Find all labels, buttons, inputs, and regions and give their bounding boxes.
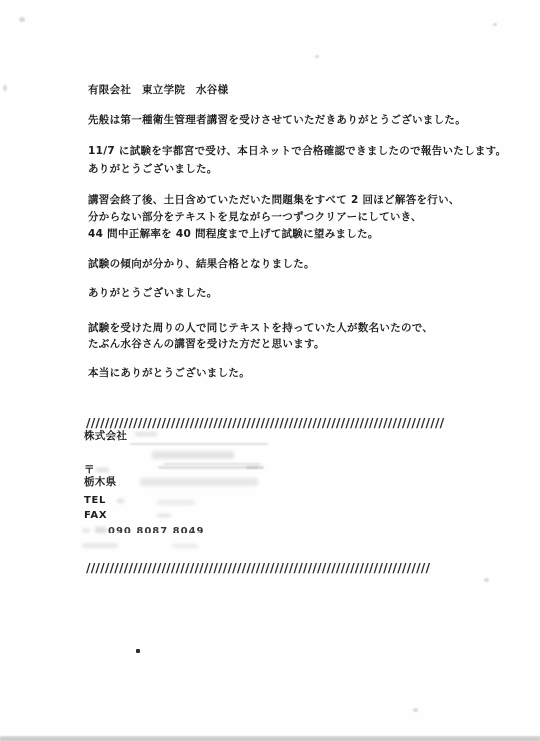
body-line-others-2: たぶん水谷さんの講習を受けた方だと思います。 (88, 338, 325, 351)
redacted-fax-number (157, 514, 171, 517)
postal-mark: 〒 (84, 464, 95, 476)
scan-speck (493, 23, 497, 26)
scan-speck (3, 85, 7, 91)
tel-label: TEL (84, 495, 106, 507)
body-line-study-2: 分からない部分をテキストを見ながら一つずつクリアーにしていき、 (88, 211, 422, 224)
body-line-others-1: 試験を受けた周りの人で同じテキストを持っていた人が数名いたので、 (88, 322, 433, 335)
redacted-dash (246, 466, 264, 469)
fax-label: FAX (84, 510, 107, 522)
body-line-thanks-final: 本当にありがとうございました。 (88, 367, 250, 380)
body-line-exam-report: 11/7 に試験を宇都宮で受け、本日ネットで合格確認できましたので報告いたします… (88, 145, 506, 158)
redacted-underline (163, 463, 261, 465)
redacted-tel-number (157, 500, 195, 505)
redacted-mobile-label (95, 527, 107, 533)
company-label: 株式会社 (84, 430, 127, 442)
redacted-address-line (152, 451, 234, 459)
prefecture-label: 栃木県 (84, 476, 116, 488)
body-line-thanks-2: ありがとうございました。 (88, 287, 218, 300)
scan-speck (413, 708, 418, 712)
scan-edge-shadow (0, 736, 540, 741)
slash-divider-top: ////////////////////////////////////////… (86, 416, 444, 429)
slash-divider-bottom: ////////////////////////////////////////… (86, 561, 430, 574)
scanned-letter-page: 有限会社 東立学院 水谷様 先般は第一種衛生管理者講習を受けさせていただきありが… (0, 0, 540, 741)
redacted-underline (158, 466, 258, 469)
redacted-company-name (135, 432, 157, 436)
redacted-tel-number (117, 499, 124, 503)
redacted-mobile-label (82, 529, 90, 532)
redacted-smudge (82, 543, 118, 548)
body-line-study-3: 44 問中正解率を 40 問程度まで上げて試験に望みました。 (88, 228, 379, 241)
body-line-result: 試験の傾向が分かり、結果合格となりました。 (88, 258, 315, 271)
clipped-phone-fragment: 090 8087 8049 (108, 527, 205, 533)
redacted-underline (130, 443, 268, 445)
redacted-postal-code (96, 468, 109, 472)
scan-speck (484, 578, 489, 582)
body-line-thanks-1: ありがとうございました。 (88, 163, 218, 176)
recipient-line: 有限会社 東立学院 水谷様 (88, 84, 228, 97)
scan-speck (19, 17, 25, 22)
body-line-thanks-course: 先般は第一種衛生管理者講習を受けさせていただきありがとうございました。 (88, 114, 466, 127)
redacted-smudge (172, 544, 198, 548)
ink-dot (136, 649, 140, 653)
body-line-study-1: 講習会終了後、土日含めていただいた問題集をすべて 2 回ほど解答を行い、 (88, 194, 460, 207)
clipped-phone-text: 090 8087 8049 (108, 527, 205, 533)
redacted-address (140, 478, 258, 486)
scan-speck (315, 55, 319, 58)
